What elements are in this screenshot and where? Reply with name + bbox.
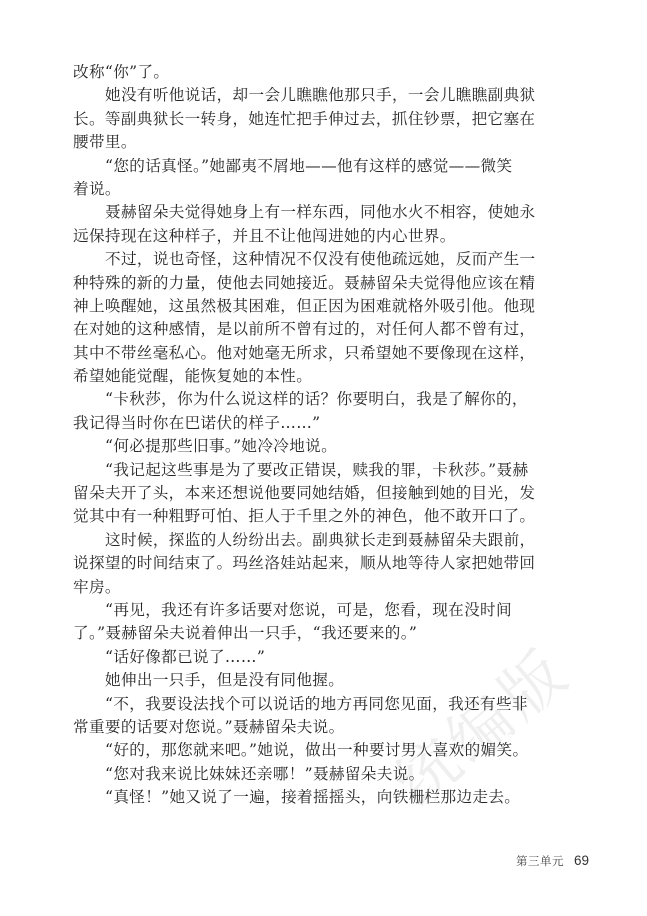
text-line: 神上唤醒她，这虽然极其困难，但正因为困难就格外吸引他。他现 bbox=[73, 295, 455, 318]
text-line: 在对她的这种感情，是以前所不曾有过的，对任何人都不曾有过， bbox=[73, 318, 455, 341]
text-line: 远保持现在这种样子，并且不让他闯进她的内心世界。 bbox=[73, 225, 455, 248]
text-line: 说探望的时间结束了。玛丝洛娃站起来，顺从地等待人家把她带回 bbox=[73, 552, 455, 575]
text-line: 这时候，探监的人纷纷出去。副典狱长走到聂赫留朵夫跟前， bbox=[73, 529, 455, 552]
text-line: 常重要的话要对您说。”聂赫留朵夫说。 bbox=[73, 716, 455, 739]
text-line: “再见，我还有许多话要对您说，可是，您看，现在没时间 bbox=[73, 599, 455, 622]
text-line: “好的，那您就来吧。”她说，做出一种要讨男人喜欢的媚笑。 bbox=[73, 739, 455, 762]
body-text: 改称“你”了。 她没有听他说话，却一会儿瞧瞧他那只手，一会儿瞧瞧副典狱 长。等副… bbox=[73, 61, 455, 810]
text-line: 种特殊的新的力量，使他去同她接近。聂赫留朵夫觉得他应该在精 bbox=[73, 272, 455, 295]
text-line: 长。等副典狱长一转身，她连忙把手伸过去，抓住钞票，把它塞在 bbox=[73, 108, 455, 131]
text-line: 腰带里。 bbox=[73, 131, 455, 154]
unit-label: 第三单元 bbox=[516, 854, 564, 868]
text-line: 觉其中有一种粗野可怕、拒人于千里之外的神色，他不敢开口了。 bbox=[73, 505, 455, 528]
text-line: 希望她能觉醒，能恢复她的本性。 bbox=[73, 365, 455, 388]
text-line: “何必提那些旧事。”她冷冷地说。 bbox=[73, 435, 455, 458]
text-line: “真怪！”她又说了一遍，接着摇摇头，向铁栅栏那边走去。 bbox=[73, 786, 455, 809]
text-line: 其中不带丝毫私心。他对她毫无所求，只希望她不要像现在这样， bbox=[73, 342, 455, 365]
text-line: 改称“你”了。 bbox=[73, 61, 455, 84]
text-line: 了。”聂赫留朵夫说着伸出一只手，“我还要来的。” bbox=[73, 622, 455, 645]
text-line: “我记起这些事是为了要改正错误，赎我的罪，卡秋莎。”聂赫 bbox=[73, 459, 455, 482]
page-number: 69 bbox=[574, 853, 589, 868]
text-line: “您的话真怪。”她鄙夷不屑地——他有这样的感觉——微笑 bbox=[73, 155, 455, 178]
text-line: 着说。 bbox=[73, 178, 455, 201]
text-line: 我记得当时你在巴诺伏的样子……” bbox=[73, 412, 455, 435]
text-line: “卡秋莎，你为什么说这样的话？你要明白，我是了解你的， bbox=[73, 388, 455, 411]
page-footer: 第三单元69 bbox=[516, 853, 589, 869]
textbook-page: 改称“你”了。 她没有听他说话，却一会儿瞧瞧他那只手，一会儿瞧瞧副典狱 长。等副… bbox=[0, 0, 647, 916]
text-line: “不，我要设法找个可以说话的地方再同您见面，我还有些非 bbox=[73, 693, 455, 716]
text-line: 牢房。 bbox=[73, 576, 455, 599]
text-line: “您对我来说比妹妹还亲哪！”聂赫留朵夫说。 bbox=[73, 763, 455, 786]
text-line: 留朵夫开了头，本来还想说他要同她结婚，但接触到她的目光，发 bbox=[73, 482, 455, 505]
text-line: “话好像都已说了……” bbox=[73, 646, 455, 669]
text-line: 她没有听他说话，却一会儿瞧瞧他那只手，一会儿瞧瞧副典狱 bbox=[73, 84, 455, 107]
text-line: 她伸出一只手，但是没有同他握。 bbox=[73, 669, 455, 692]
text-line: 聂赫留朵夫觉得她身上有一样东西，同他水火不相容，使她永 bbox=[73, 201, 455, 224]
text-line: 不过，说也奇怪，这种情况不仅没有使他疏远她，反而产生一 bbox=[73, 248, 455, 271]
